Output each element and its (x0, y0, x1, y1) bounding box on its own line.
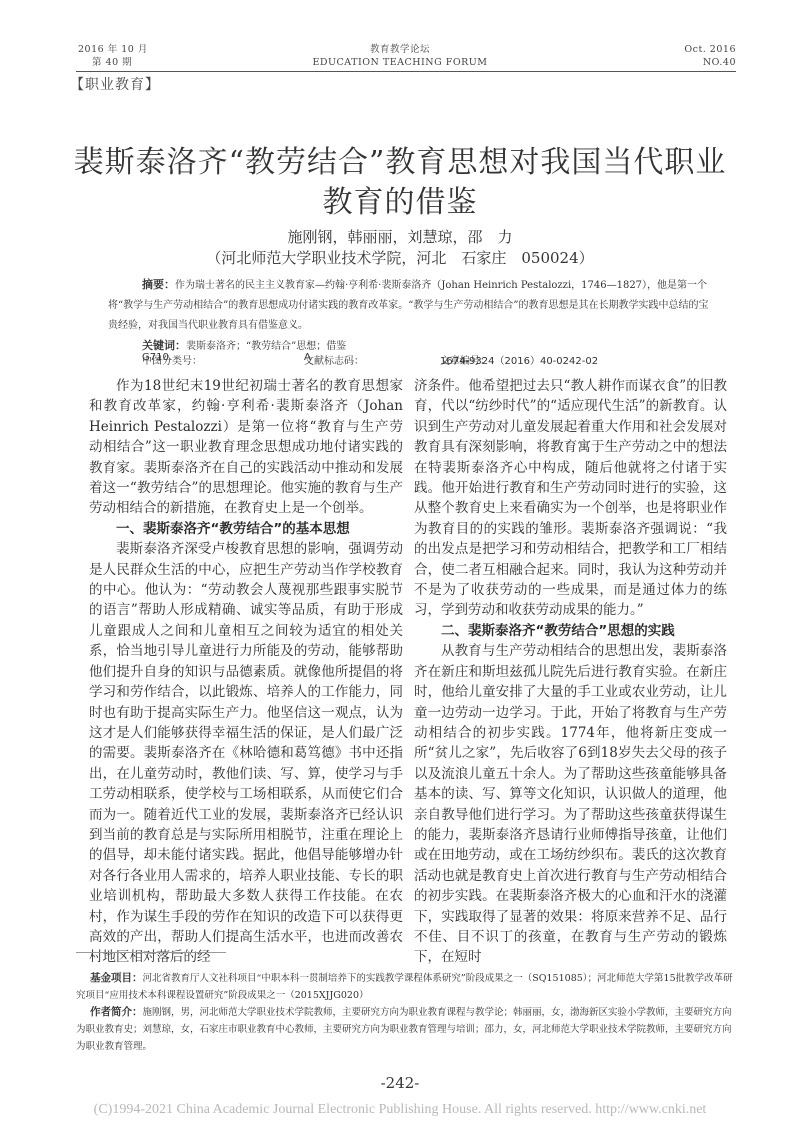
header-date-issue-en: Oct. 2016 NO.40 (684, 43, 736, 69)
article-title-line2: 教育的借鉴 (60, 183, 740, 223)
bio-label: 作者简介： (90, 1006, 143, 1018)
article-authors: 施刚钢，韩丽丽，刘慧琼，邵 力 (0, 226, 800, 247)
article-no-value: 1674-9324（2016）40-0242-02 (440, 352, 598, 367)
abstract-block: 摘要：作为瑞士著名的民主主义教育家—约翰·亨利希·裴斯泰洛齐（Johan Hei… (108, 275, 712, 357)
column-tag: 【职业教育】 (70, 74, 160, 94)
bio-text: 施刚钢，男，河北师范大学职业技术学院教师，主要研究方向为职业教育课程与教学论；韩… (76, 1007, 732, 1052)
clc-value: G710 (142, 352, 169, 363)
header-journal-en: EDUCATION TEACHING FORUM (0, 56, 800, 69)
section1-heading: 一、裴斯泰洛齐“教劳结合”的基本思想 (89, 519, 403, 539)
header-journal: 教育教学论坛 EDUCATION TEACHING FORUM (0, 43, 800, 69)
header-date-en: Oct. 2016 (684, 43, 736, 56)
abstract-text: 作为瑞士著名的民主主义教育家—约翰·亨利希·裴斯泰洛齐（Johan Heinri… (108, 280, 708, 331)
fund-label: 基金项目： (90, 972, 143, 984)
section2-paragraph: 从教育与生产劳动相结合的思想出发，裴斯泰洛齐在新庄和斯坦兹孤儿院先后进行教育实验… (414, 641, 727, 968)
section1-paragraph: 裴斯泰洛齐深受卢梭教育思想的影响，强调劳动是人民群众生活的中心，应把生产劳动当作… (89, 539, 403, 968)
intro-paragraph: 作为18世纪末19世纪初瑞士著名的教育思想家和教育改革家，约翰·亨利希·裴斯泰洛… (89, 376, 403, 519)
section1-paragraph-continued: 济条件。他希望把过去只“教人耕作而谋衣食”的旧教育，代以“纺纱时代”的“适应现代… (414, 376, 727, 621)
article-title-line1: 裴斯泰洛齐“教劳结合”教育思想对我国当代职业 (60, 143, 740, 183)
abstract-label: 摘要： (142, 278, 175, 291)
header-divider (76, 71, 736, 72)
article-title: 裴斯泰洛齐“教劳结合”教育思想对我国当代职业 教育的借鉴 (60, 143, 740, 223)
keywords-text: 裴斯泰洛齐；“教劳结合”思想；借鉴 (186, 341, 346, 352)
copyright-notice: (C)1994-2021 China Academic Journal Elec… (0, 1102, 800, 1118)
fund-text: 河北省教育厅人文社科项目“中职本科一贯制培养下的实践教学课程体系研究”阶段成果之… (76, 973, 733, 1001)
header-issue-en: NO.40 (684, 56, 736, 69)
section2-heading: 二、裴斯泰洛齐“教劳结合”思想的实践 (414, 621, 727, 641)
author-bio: 作者简介：施刚钢，男，河北师范大学职业技术学院教师，主要研究方向为职业教育课程与… (76, 1004, 736, 1055)
doc-code-label: 文献标志码： (304, 352, 364, 367)
body-column-left: 作为18世纪末19世纪初瑞士著名的教育思想家和教育改革家，约翰·亨利希·裴斯泰洛… (89, 376, 403, 968)
footnote-divider (76, 952, 226, 953)
body-column-right: 济条件。他希望把过去只“教人耕作而谋衣食”的旧教育，代以“纺纱时代”的“适应现代… (414, 376, 727, 968)
header-journal-cn: 教育教学论坛 (0, 43, 800, 56)
keywords-label: 关键词： (142, 339, 186, 352)
footnotes: 基金项目：河北省教育厅人文社科项目“中职本科一贯制培养下的实践教学课程体系研究”… (76, 970, 736, 1055)
article-affiliation: （河北师范大学职业技术学院，河北 石家庄 050024） (0, 247, 800, 268)
page-number: -242- (0, 1074, 800, 1092)
fund-note: 基金项目：河北省教育厅人文社科项目“中职本科一贯制培养下的实践教学课程体系研究”… (76, 970, 736, 1004)
abstract: 摘要：作为瑞士著名的民主主义教育家—约翰·亨利希·裴斯泰洛齐（Johan Hei… (108, 275, 712, 336)
doc-code-value: A (304, 352, 311, 363)
